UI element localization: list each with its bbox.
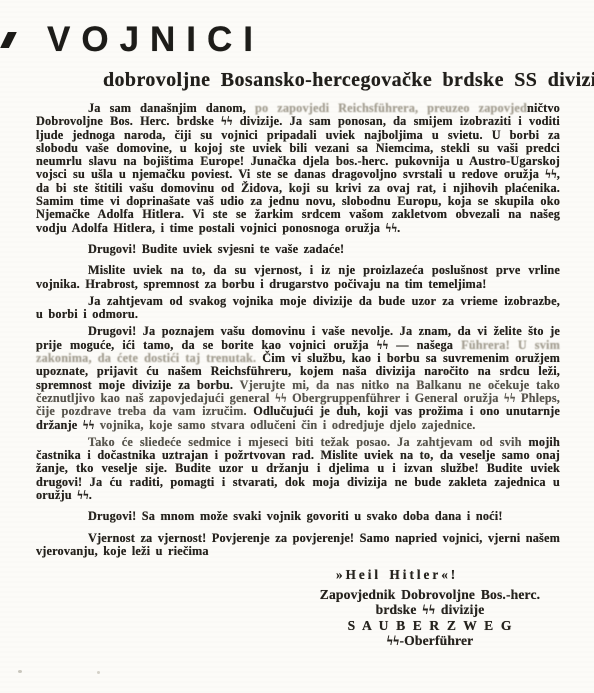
paragraph-vjernost-za-vjernost: Vjernost za vjernost! Povjerenje za povj…	[36, 532, 560, 559]
signature-block: Zapovjednik Dobrovoljne Bos.-herc. brdsk…	[280, 587, 580, 649]
paragraph-vjernost-vrline: Mislite uviek na to, da su vjernost, i i…	[36, 264, 560, 291]
page-subtitle: dobrovoljne Bosansko-hercegovačke brdske…	[103, 69, 594, 92]
signature-role-line: Zapovjednik Dobrovoljne Bos.-herc.	[280, 587, 580, 603]
paper-speck	[18, 670, 22, 673]
paragraph-segment-light: vojnika, koje samo stvara odlučeni čin i…	[100, 418, 476, 432]
paragraph-drugovi-zadace: Drugovi! Budite uviek svjesni te vaše za…	[36, 243, 560, 256]
paragraph-govoriti: Drugovi! Sa mnom može svaki vojnik govor…	[36, 510, 560, 523]
signature-name: S A U B E R Z W E G	[280, 618, 580, 634]
paragraph-uzor: Ja zahtjevam od svakog vojnika moje divi…	[36, 295, 560, 322]
signature-rank: ϟϟ-Oberführer	[280, 633, 580, 649]
page-title: VOJNICI	[47, 20, 264, 60]
ink-blot-mark	[0, 32, 17, 48]
signature-division-line: brdske ϟϟ divizije	[280, 602, 580, 618]
salute-line: »Heil Hitler«!	[336, 568, 560, 581]
paragraph-domovina: Drugovi! Ja poznajem vašu domovinu i vaš…	[36, 325, 560, 431]
paper-speck	[97, 671, 100, 674]
paragraph-intro: Ja sam današnjim danom, po zapovjedi Rei…	[36, 102, 560, 235]
paragraph-segment-faded: po zapovjedi Reichsführera, preuzeo zapo…	[255, 101, 527, 115]
paragraph-tezak-posao: Tako će sliedeće sedmice i mjeseci biti …	[36, 436, 560, 502]
paragraph-segment-light: Tako će sliedeće sedmice i mjeseci biti …	[88, 435, 529, 449]
document-body: Ja sam današnjim danom, po zapovjedi Rei…	[36, 102, 560, 649]
scanned-document-page: VOJNICI dobrovoljne Bosansko-hercegovačk…	[0, 0, 594, 693]
paragraph-segment: Ja sam današnjim danom,	[88, 101, 255, 115]
paragraph-segment: ničtvo Dobrovoljne Bos. Herc. brdske ϟϟ …	[36, 101, 560, 235]
